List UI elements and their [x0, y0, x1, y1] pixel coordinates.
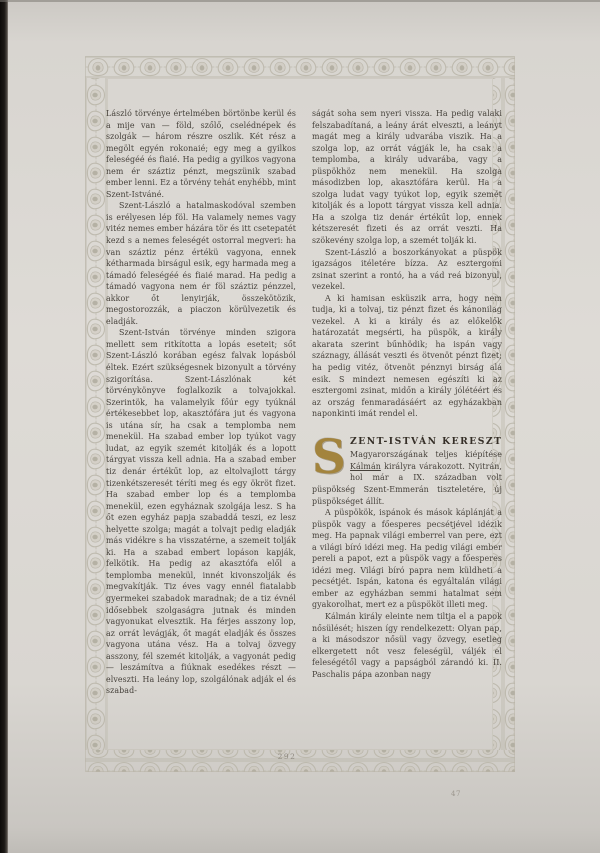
- scan-gutter-edge: [0, 0, 8, 853]
- paragraph: Szent-István törvénye minden szigora mel…: [106, 327, 296, 697]
- text-block: László törvénye értelmében börtönbe kerü…: [106, 108, 502, 748]
- scanned-book-page: { "page": { "language": "hu", "footer": …: [0, 0, 600, 853]
- paragraph: A püspökök, ispánok és mások káplánját a…: [312, 507, 502, 611]
- dropcap-initial: S: [312, 439, 346, 476]
- left-column: László törvénye értelmében börtönbe kerü…: [106, 108, 296, 748]
- sheet-number: 47: [451, 790, 461, 798]
- scan-top-edge: [0, 0, 600, 2]
- paragraph: Szent-László a hatalmaskodóval szemben i…: [106, 200, 296, 327]
- paragraph: A ki hamisan esküszik arra, hogy nem tud…: [312, 293, 502, 420]
- underlined-name: Kálmán: [350, 462, 381, 471]
- paragraph: Kálmán király eleinte nem tiltja el a pa…: [312, 611, 502, 680]
- paragraph: ságát soha sem nyeri vissza. Ha pedig va…: [312, 108, 502, 247]
- page-number: 292: [0, 752, 574, 761]
- paragraph: László törvénye értelmében börtönbe kerü…: [106, 108, 296, 200]
- right-column: ságát soha sem nyeri vissza. Ha pedig va…: [312, 108, 502, 748]
- section-szent-istvan-kereszteny: SZENT-ISTVÁN KERESZTÉNYMagyarországának …: [312, 436, 502, 507]
- paragraph: Szent-László a boszorkányokat a püspök i…: [312, 247, 502, 293]
